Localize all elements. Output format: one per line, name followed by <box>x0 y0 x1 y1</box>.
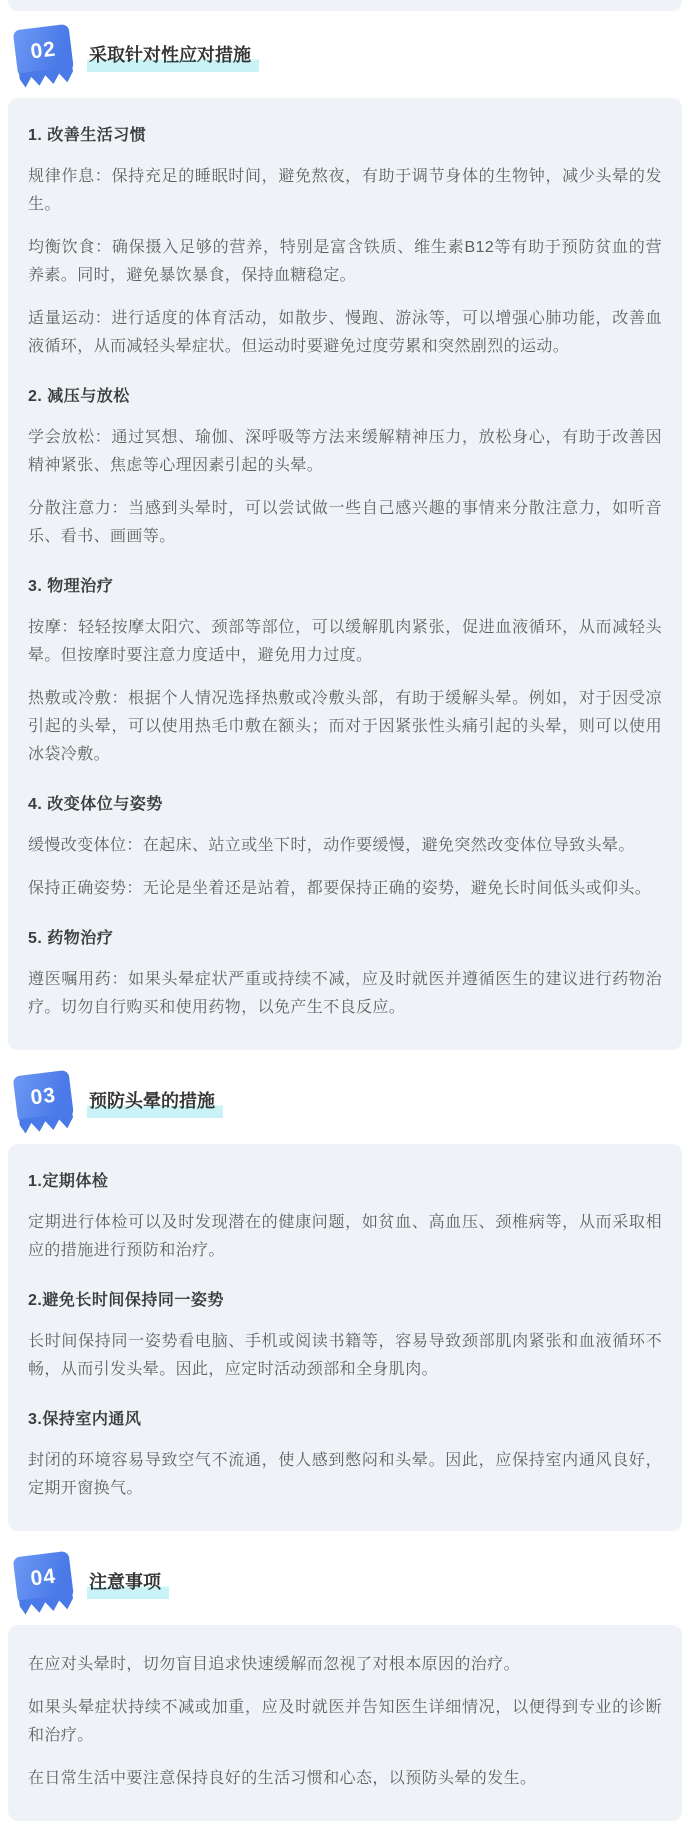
card-paragraph: 规律作息：保持充足的睡眠时间，避免熬夜，有助于调节身体的生物钟，减少头晕的发生。 <box>28 163 662 219</box>
card-paragraph: 封闭的环境容易导致空气不流通，使人感到憋闷和头晕。因此，应保持室内通风良好，定期… <box>28 1447 662 1503</box>
card-paragraph: 学会放松：通过冥想、瑜伽、深呼吸等方法来缓解精神压力，放松身心，有助于改善因精神… <box>28 424 662 480</box>
ribbon-badge: 02 <box>13 24 76 88</box>
previous-card-bottom-fragment <box>8 0 682 11</box>
card-heading: 4. 改变体位与姿势 <box>28 793 662 817</box>
section-title: 注意事项 <box>87 1569 169 1599</box>
card-heading: 2.避免长时间保持同一姿势 <box>28 1289 662 1313</box>
card-paragraph: 长时间保持同一姿势看电脑、手机或阅读书籍等，容易导致颈部肌肉紧张和血液循环不畅，… <box>28 1328 662 1384</box>
card-paragraph: 定期进行体检可以及时发现潜在的健康问题，如贫血、高血压、颈椎病等，从而采取相应的… <box>28 1209 662 1265</box>
card-heading: 2. 减压与放松 <box>28 385 662 409</box>
card-paragraph: 均衡饮食：确保摄入足够的营养，特别是富含铁质、维生素B12等有助于预防贫血的营养… <box>28 234 662 290</box>
ribbon-badge: 04 <box>13 1551 76 1615</box>
section-header: 04注意事项 <box>0 1549 690 1625</box>
card-paragraph: 缓慢改变体位：在起床、站立或坐下时，动作要缓慢，避免突然改变体位导致头晕。 <box>28 832 662 860</box>
content-card: 1.定期体检定期进行体检可以及时发现潜在的健康问题，如贫血、高血压、颈椎病等，从… <box>8 1144 682 1531</box>
card-paragraph: 分散注意力：当感到头晕时，可以尝试做一些自己感兴趣的事情来分散注意力，如听音乐、… <box>28 495 662 551</box>
card-paragraph: 在日常生活中要注意保持良好的生活习惯和心态，以预防头晕的发生。 <box>28 1765 662 1793</box>
card-paragraph: 适量运动：进行适度的体育活动，如散步、慢跑、游泳等，可以增强心肺功能，改善血液循… <box>28 305 662 361</box>
card-paragraph: 在应对头晕时，切勿盲目追求快速缓解而忽视了对根本原因的治疗。 <box>28 1651 662 1679</box>
card-paragraph: 遵医嘱用药：如果头晕症状严重或持续不减，应及时就医并遵循医生的建议进行药物治疗。… <box>28 966 662 1022</box>
card-heading: 3.保持室内通风 <box>28 1408 662 1432</box>
content-card: 1. 改善生活习惯规律作息：保持充足的睡眠时间，避免熬夜，有助于调节身体的生物钟… <box>8 98 682 1050</box>
card-heading: 1. 改善生活习惯 <box>28 124 662 148</box>
card-paragraph: 保持正确姿势：无论是坐着还是站着，都要保持正确的姿势，避免长时间低头或仰头。 <box>28 875 662 903</box>
card-paragraph: 按摩：轻轻按摩太阳穴、颈部等部位，可以缓解肌肉紧张，促进血液循环，从而减轻头晕。… <box>28 614 662 670</box>
section-title: 采取针对性应对措施 <box>87 42 259 72</box>
content-card: 在应对头晕时，切勿盲目追求快速缓解而忽视了对根本原因的治疗。如果头晕症状持续不减… <box>8 1625 682 1821</box>
section-header: 03预防头晕的措施 <box>0 1068 690 1144</box>
section-header: 02采取针对性应对措施 <box>0 22 690 98</box>
section-title: 预防头晕的措施 <box>87 1088 223 1118</box>
article: 02采取针对性应对措施1. 改善生活习惯规律作息：保持充足的睡眠时间，避免熬夜，… <box>0 22 690 1821</box>
card-paragraph: 热敷或冷敷：根据个人情况选择热敷或冷敷头部，有助于缓解头晕。例如，对于因受凉引起… <box>28 685 662 769</box>
card-paragraph: 如果头晕症状持续不减或加重，应及时就医并告知医生详细情况，以便得到专业的诊断和治… <box>28 1694 662 1750</box>
card-heading: 3. 物理治疗 <box>28 575 662 599</box>
card-heading: 1.定期体检 <box>28 1170 662 1194</box>
ribbon-badge: 03 <box>13 1070 76 1134</box>
article-page: 02采取针对性应对措施1. 改善生活习惯规律作息：保持充足的睡眠时间，避免熬夜，… <box>0 0 690 1821</box>
card-heading: 5. 药物治疗 <box>28 927 662 951</box>
